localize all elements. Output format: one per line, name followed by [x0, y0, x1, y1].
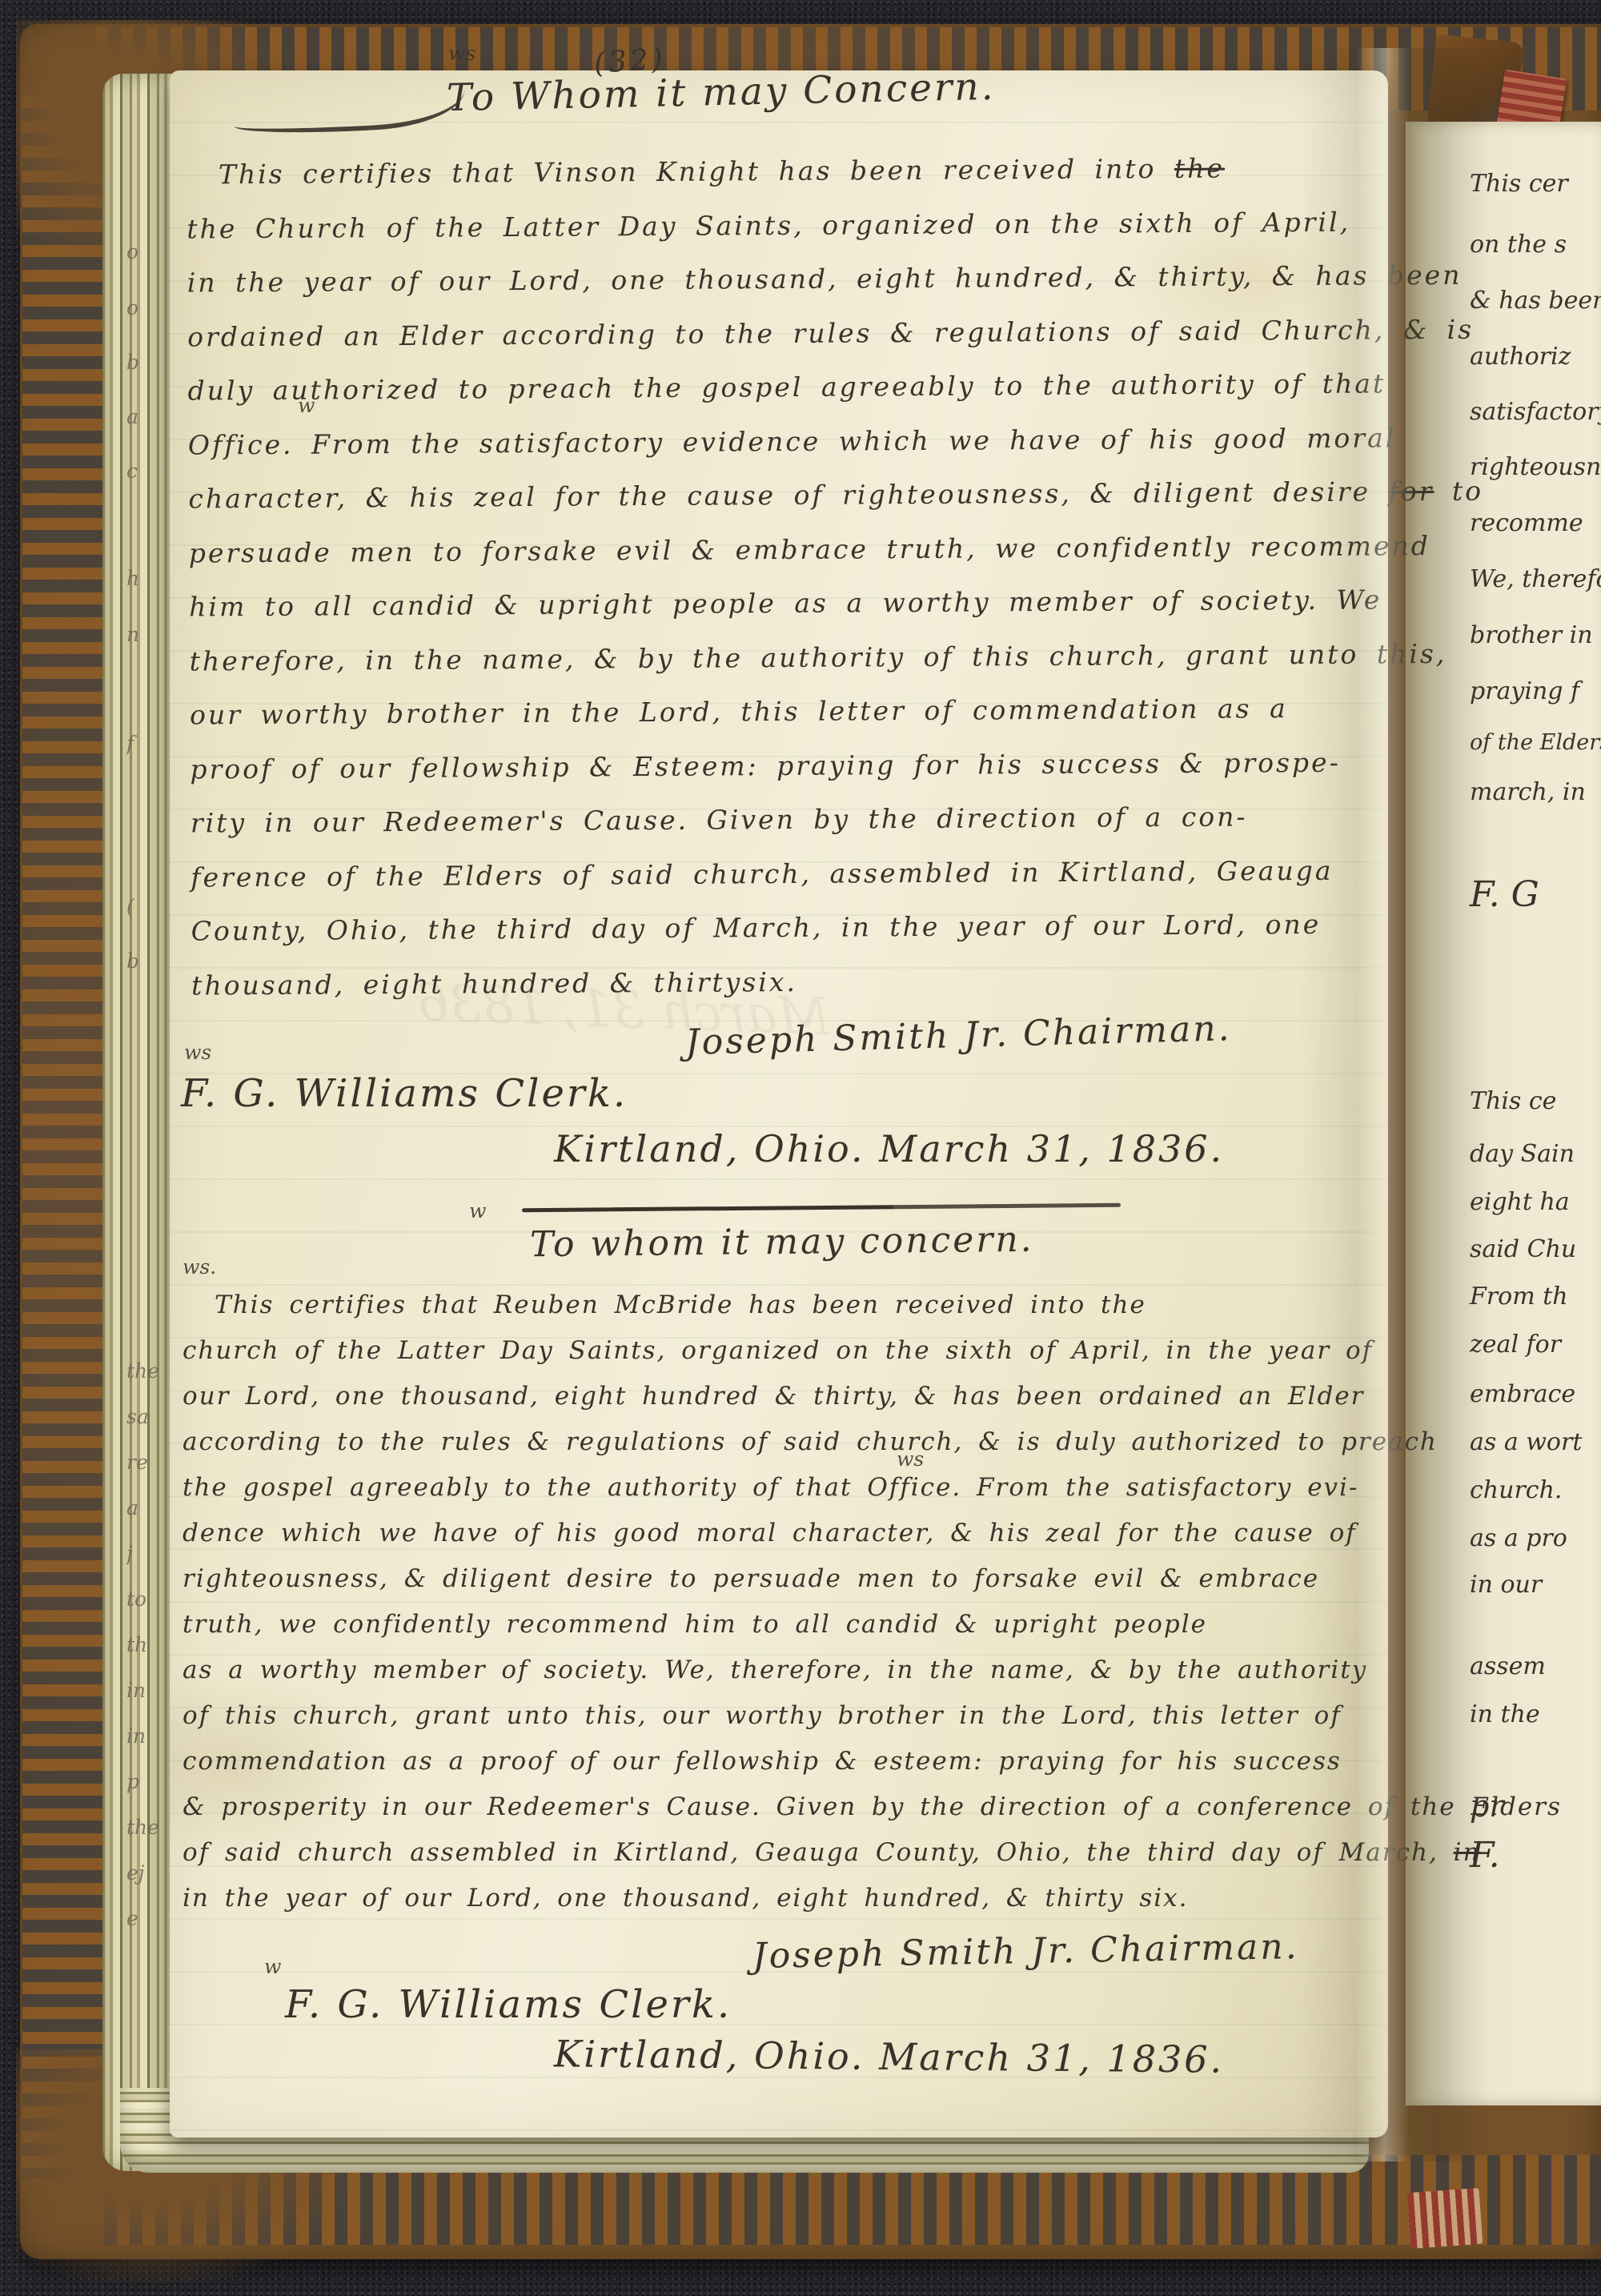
manuscript-line: in the year of our Lord, one thousand, e…	[187, 248, 1380, 310]
text-fragment: recomme	[1470, 509, 1583, 537]
manuscript-line: ference of the Elders of said church, as…	[191, 843, 1383, 905]
text-fragment: eight ha	[1470, 1188, 1570, 1216]
text-fragment: (	[126, 895, 183, 918]
text-fragment: pr	[1470, 1788, 1504, 1824]
manuscript-line: dence which we have of his good moral ch…	[183, 1511, 1387, 1556]
manuscript-line: righteousness, & diligent desire to pers…	[183, 1556, 1387, 1602]
text-fragment: in the	[1470, 1700, 1540, 1728]
insertion-mark: ws.	[183, 1255, 216, 1278]
text-fragment: a	[126, 1496, 183, 1519]
insertion-mark: ws	[897, 1447, 924, 1471]
text-fragment: day Sain	[1470, 1140, 1575, 1168]
text-fragment: satisfactory	[1470, 398, 1601, 426]
manuscript-line: thousand, eight hundred & thirtysix.	[191, 951, 1384, 1013]
text-fragment: embrace	[1470, 1380, 1575, 1408]
text-fragment: F. G	[1470, 874, 1539, 915]
text-fragment: sa	[126, 1405, 183, 1428]
manuscript-line: of this church, grant unto this, our wor…	[183, 1693, 1387, 1739]
manuscript-line: as a worthy member of society. We, there…	[183, 1648, 1387, 1693]
text-fragment: o	[126, 240, 183, 263]
text-fragment: j	[126, 1542, 183, 1565]
manuscript-line: our Lord, one thousand, eight hundred & …	[183, 1374, 1387, 1419]
certificate-2-heading: To whom it may concern.	[530, 1219, 1034, 1266]
manuscript-line: character, & his zeal for the cause of r…	[188, 464, 1381, 526]
text-fragment: praying f	[1470, 677, 1579, 705]
certificate-2-body: This certifies that Reuben McBride has b…	[183, 1282, 1387, 1921]
text-fragment: This cer	[1470, 170, 1568, 198]
text-fragment: ej	[126, 1861, 183, 1885]
text-fragment: c	[126, 460, 183, 483]
manuscript-line: in the year of our Lord, one thousand, e…	[183, 1876, 1387, 1921]
manuscript-line: This certifies that Vinson Knight has be…	[187, 140, 1379, 202]
certificate-1-dateline: Kirtland, Ohio. March 31, 1836.	[554, 1127, 1224, 1170]
text-fragment: zeal for	[1470, 1331, 1561, 1359]
manuscript-line: This certifies that Reuben McBride has b…	[183, 1282, 1387, 1328]
text-fragment: of the Elders	[1470, 730, 1601, 755]
text-fragment: the	[126, 1816, 183, 1839]
text-fragment: re	[126, 1451, 183, 1474]
manuscript-line: therefore, in the name, & by the authori…	[189, 627, 1382, 688]
manuscript-line: our worthy brother in the Lord, this let…	[190, 680, 1382, 742]
text-fragment: in our	[1470, 1571, 1542, 1599]
text-fragment: authoriz	[1470, 343, 1571, 371]
manuscript-line: commendation as a proof of our fellowshi…	[183, 1739, 1387, 1784]
photographed-manuscript-scene: March 31, 1836 (32) To Whom it may Conce…	[0, 0, 1601, 2296]
text-fragment: o	[126, 296, 183, 319]
manuscript-line: Office. From the satisfactory evidence w…	[188, 411, 1381, 472]
text-fragment: as a pro	[1470, 1524, 1567, 1552]
manuscript-line: of said church assembled in Kirtland, Ge…	[183, 1830, 1387, 1876]
text-fragment: to	[126, 1588, 183, 1611]
text-fragment: From th	[1470, 1282, 1568, 1311]
certificate-1-body: This certifies that Vinson Knight has be…	[187, 140, 1385, 1012]
manuscript-line: ordained an Elder according to the rules…	[187, 303, 1380, 364]
insertion-mark: ws	[448, 42, 475, 65]
text-fragment: on the s	[1470, 231, 1567, 259]
text-fragment: a	[126, 405, 183, 428]
certificate-2-clerk-signature: F. G. Williams Clerk.	[285, 1982, 732, 2027]
text-fragment: brother in	[1470, 621, 1593, 649]
text-fragment: said Chu	[1470, 1235, 1576, 1263]
cover-stripe-pattern-left	[22, 96, 107, 2178]
insertion-mark: w	[298, 394, 315, 417]
manuscript-line: truth, we confidently recommend him to a…	[183, 1602, 1387, 1648]
certificate-1-clerk-signature: F. G. Williams Clerk.	[181, 1071, 628, 1116]
insertion-mark: w	[264, 1955, 281, 1978]
manuscript-line: according to the rules & regulations of …	[183, 1419, 1387, 1465]
text-fragment: We, therefo	[1470, 565, 1601, 593]
manuscript-line: rity in our Redeemer's Cause. Given by t…	[191, 789, 1383, 850]
text-fragment: assem	[1470, 1652, 1546, 1680]
manuscript-line: duly authorized to preach the gospel agr…	[187, 356, 1380, 418]
text-fragment: p	[126, 1770, 183, 1793]
text-fragment: march, in	[1470, 778, 1586, 806]
text-fragment: b	[126, 351, 183, 374]
text-fragment: th	[126, 1633, 183, 1656]
text-fragment: as a wort	[1470, 1428, 1582, 1456]
text-fragment: in	[126, 1679, 183, 1702]
text-fragment: h	[126, 567, 183, 590]
manuscript-line: church of the Latter Day Saints, organiz…	[183, 1328, 1387, 1374]
manuscript-line: & prosperity in our Redeemer's Cause. Gi…	[183, 1784, 1387, 1830]
text-fragment: n	[126, 623, 183, 646]
text-fragment: church.	[1470, 1476, 1562, 1504]
manuscript-line: the gospel agreeably to the authority of…	[183, 1465, 1387, 1511]
text-fragment: e	[126, 1907, 183, 1930]
text-fragment: in	[126, 1724, 183, 1748]
text-fragment: This ce	[1470, 1087, 1556, 1115]
spine-cloth-fragment-bottom	[1407, 2188, 1483, 2249]
manuscript-line: County, Ohio, the third day of March, in…	[191, 897, 1383, 958]
page-edge-stack-left	[102, 74, 178, 2171]
certificate-2-dateline: Kirtland, Ohio. March 31, 1836.	[554, 2032, 1225, 2081]
text-fragment: b	[126, 949, 183, 973]
text-fragment: f	[126, 732, 183, 755]
manuscript-line: the Church of the Latter Day Saints, org…	[187, 195, 1379, 256]
text-fragment: righteousn	[1470, 453, 1601, 481]
insertion-mark: ws	[184, 1041, 211, 1064]
manuscript-line: him to all candid & upright people as a …	[189, 572, 1382, 634]
text-fragment: & has been	[1470, 287, 1601, 315]
text-fragment: the	[126, 1359, 183, 1383]
manuscript-line: proof of our fellowship & Esteem: prayin…	[190, 735, 1382, 797]
manuscript-line: persuade men to forsake evil & embrace t…	[189, 519, 1382, 580]
insertion-mark: w	[469, 1199, 486, 1222]
text-fragment: F.	[1470, 1835, 1500, 1876]
